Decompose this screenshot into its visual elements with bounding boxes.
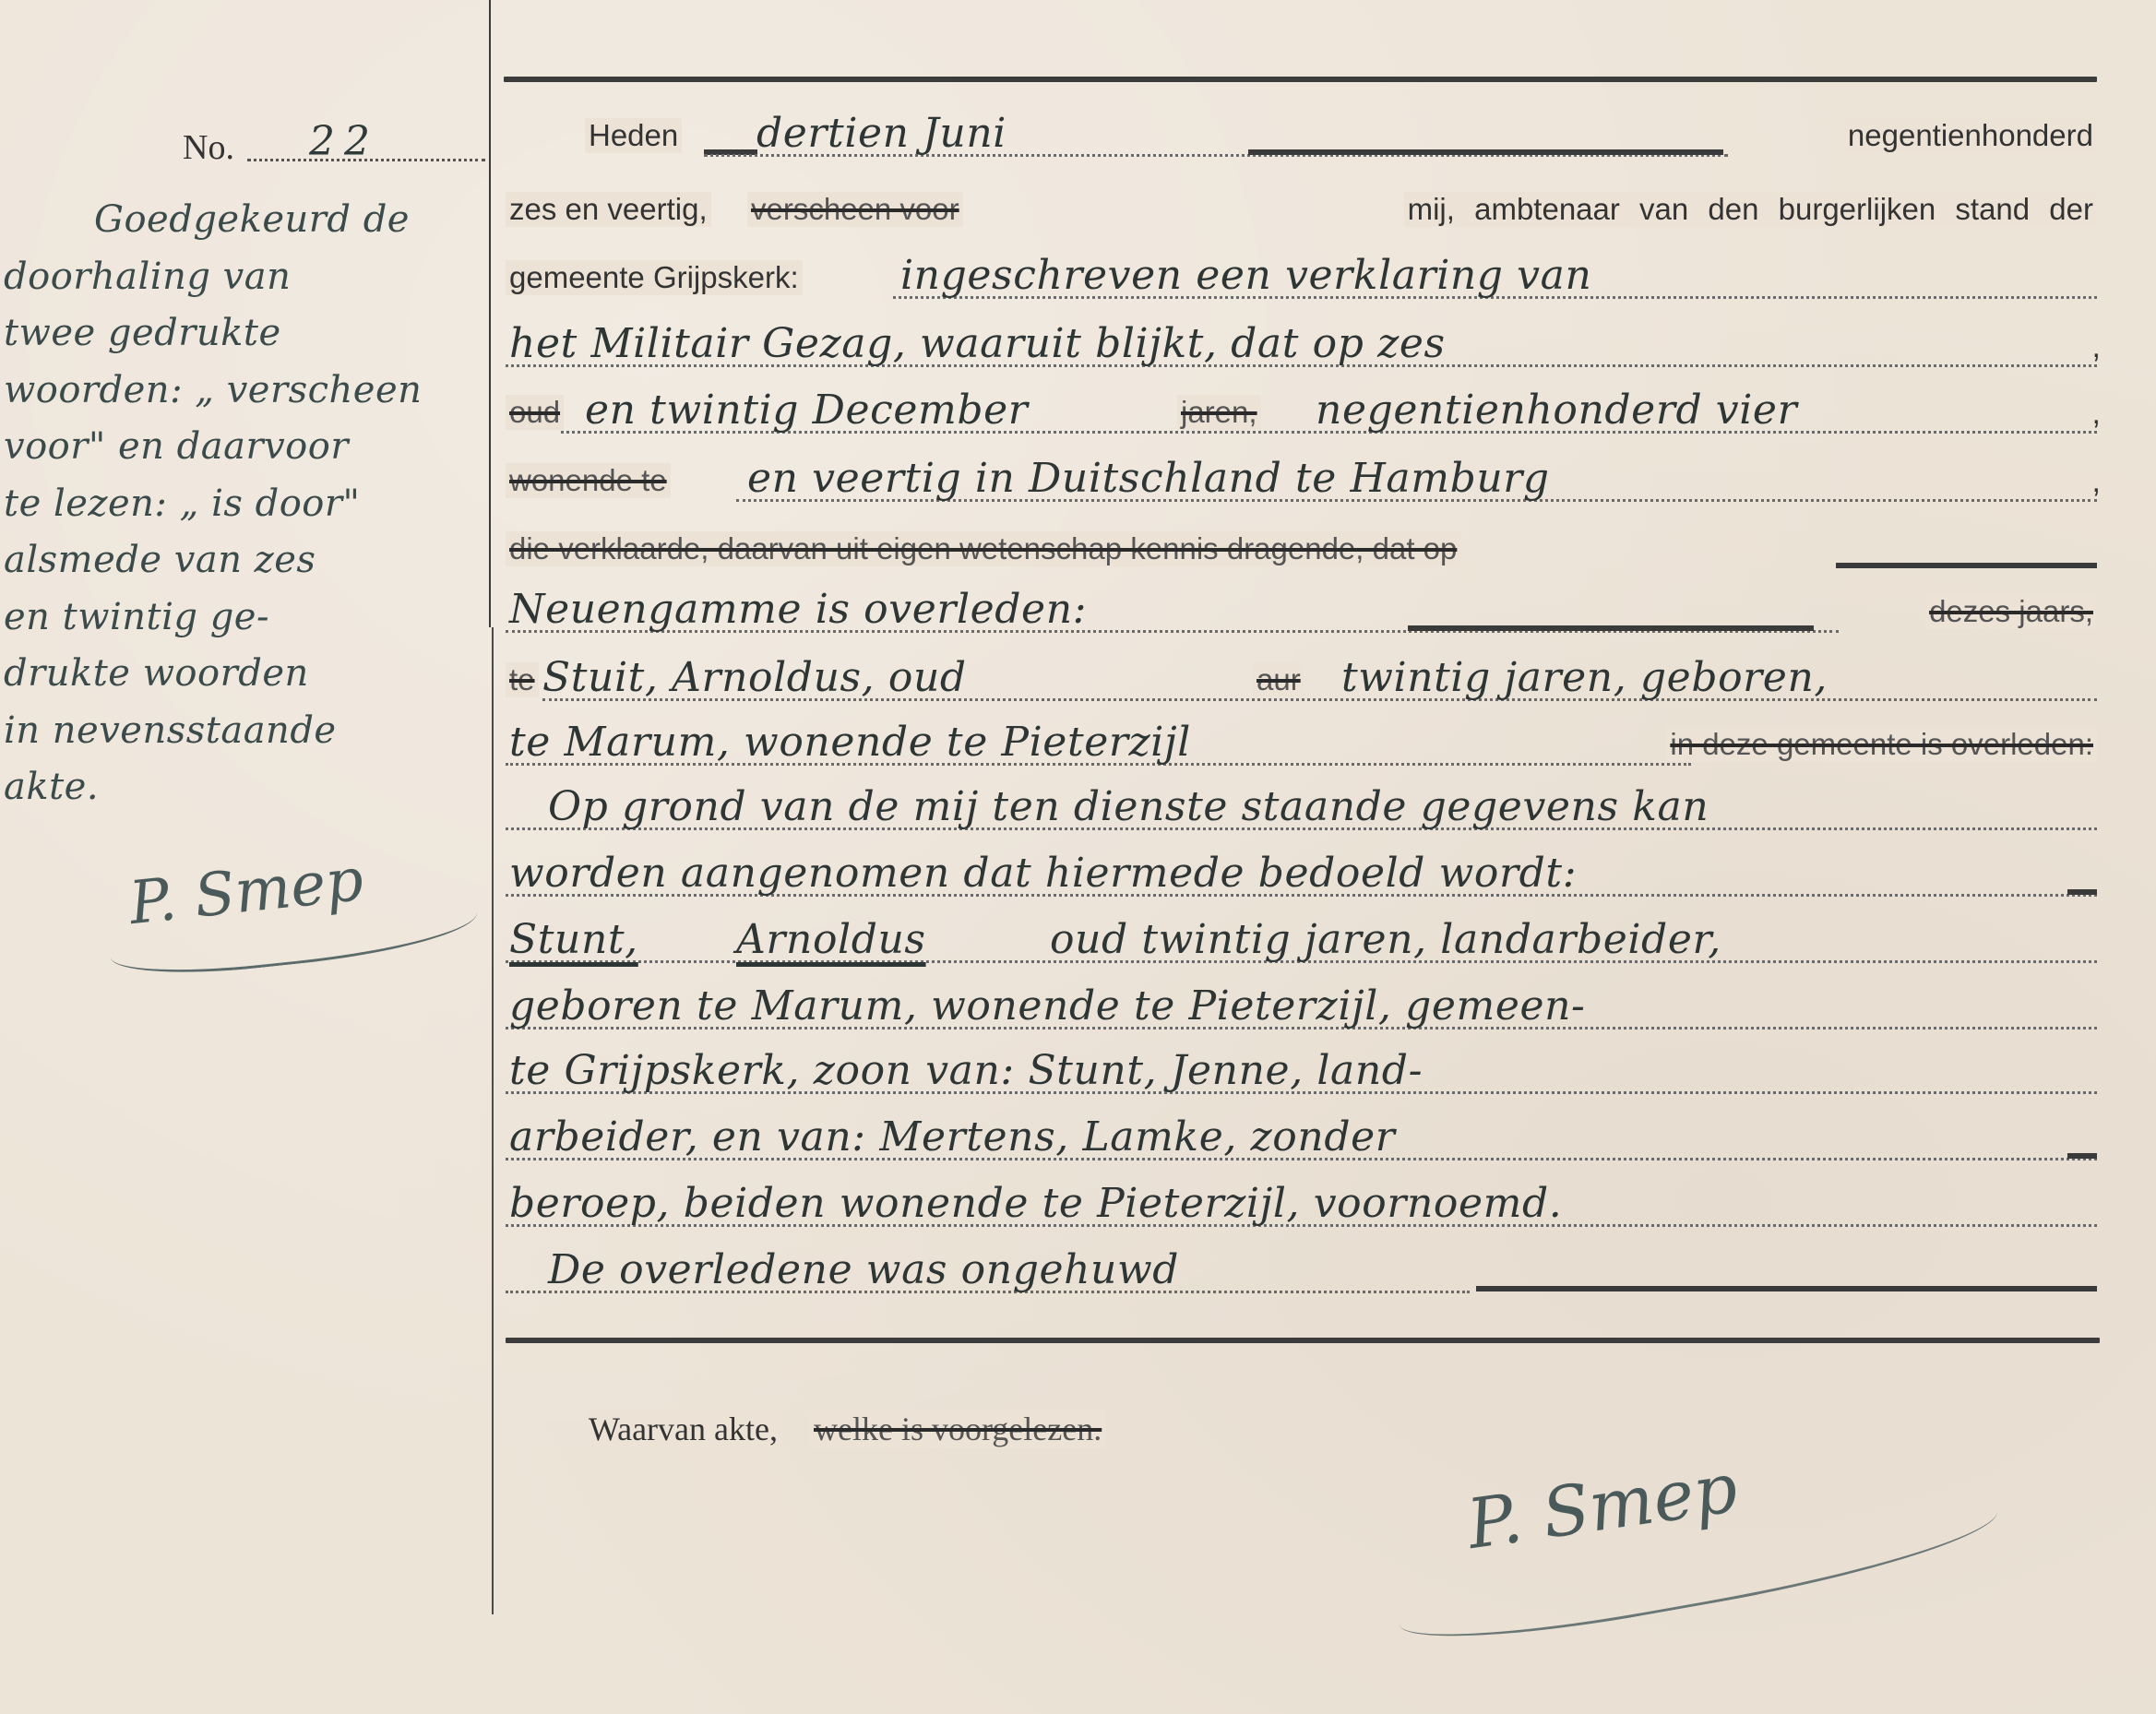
- handwritten-text: Stuit, Arnoldus, oud: [542, 654, 967, 701]
- form-line-4: het Militair Gezag, waaruit blijkt, dat …: [506, 317, 2097, 376]
- record-number-value: 22: [309, 118, 379, 165]
- form-line-18: De overledene was ongehuwd: [506, 1244, 2097, 1303]
- struck-verscheen-voor: verscheen voor: [747, 192, 963, 227]
- form-line-13: Stunt, Arnoldus oud twintig jaren, landa…: [506, 913, 2097, 972]
- fill-rule: [1836, 563, 2097, 568]
- handwritten-text: Neuengamme is overleden:: [509, 586, 1087, 633]
- form-line-8: Neuengamme is overleden: dezes jaars,: [506, 583, 2097, 642]
- form-line-3: gemeente Grijpskerk: ingeschreven een ve…: [506, 249, 2097, 308]
- printed-ambtenaar: mij, ambtenaar van den burgerlijken stan…: [1404, 192, 2097, 227]
- handwritten-text: De overledene was ongehuwd: [548, 1246, 1179, 1293]
- struck-oud: oud: [506, 395, 564, 430]
- printed-heden: Heden: [585, 118, 682, 153]
- margin-note-line: Goedgekeurd de: [4, 192, 483, 249]
- line-end-comma: ,: [2092, 464, 2101, 500]
- form-line-1: Heden dertien Juni negentienhonderd: [506, 107, 2097, 166]
- handwritten-text: Op grond van de mij ten dienste staande …: [548, 783, 1709, 830]
- margin-note-line: woorden: „ verscheen: [4, 363, 483, 420]
- closing-rule: [506, 1338, 2100, 1343]
- handwritten-text: het Militair Gezag, waaruit blijkt, dat …: [509, 320, 1446, 367]
- margin-note-line: en twintig ge-: [4, 589, 483, 647]
- form-line-6: wonende te en veertig in Duitschland te …: [506, 452, 2097, 511]
- margin-annotation: Goedgekeurd de doorhaling van twee gedru…: [4, 192, 483, 816]
- death-record-page: No. 22 Goedgekeurd de doorhaling van twe…: [0, 0, 2156, 1714]
- printed-zes-en-veertig: zes en veertig,: [506, 192, 711, 227]
- margin-note-line: alsmede van zes: [4, 532, 483, 589]
- fill-rule: [1248, 149, 1723, 155]
- margin-note-line: voor" en daarvoor: [4, 419, 483, 476]
- struck-te: te: [506, 662, 539, 697]
- form-line-2: zes en veertig, verscheen voor mij, ambt…: [506, 181, 2097, 240]
- form-line-11: Op grond van de mij ten dienste staande …: [506, 780, 2097, 839]
- form-line-16: arbeider, en van: Mertens, Lamke, zonder: [506, 1111, 2097, 1170]
- form-line-17: beroep, beiden wonende te Pieterzijl, vo…: [506, 1177, 2097, 1236]
- handwritten-text: beroep, beiden wonende te Pieterzijl, vo…: [509, 1180, 1562, 1227]
- margin-note-line: te lezen: „ is door": [4, 476, 483, 533]
- handwritten-text: ingeschreven een verklaring van: [900, 252, 1591, 299]
- margin-note-line: drukte woorden: [4, 646, 483, 703]
- fill-rule: [2067, 1153, 2097, 1159]
- struck-welke-is-voorgelezen: welke is voorgelezen.: [810, 1410, 1105, 1448]
- margin-note-line: doorhaling van: [4, 249, 483, 306]
- fill-rule: [1408, 625, 1814, 631]
- handwritten-text: arbeider, en van: Mertens, Lamke, zonder: [509, 1113, 1395, 1161]
- handwritten-text: te Marum, wonende te Pieterzijl: [509, 719, 1191, 766]
- form-line-7: die verklaarde, daarvan uit eigen wetens…: [506, 520, 2097, 579]
- line-end-comma: ,: [2092, 396, 2101, 432]
- handwritten-text: geboren te Marum, wonende te Pieterzijl,…: [509, 982, 1586, 1030]
- line-end-comma: ,: [2092, 329, 2101, 365]
- margin-note-line: akte.: [4, 759, 483, 816]
- margin-divider-lower: [492, 627, 494, 1614]
- printed-waarvan-akte: Waarvan akte,: [585, 1410, 781, 1448]
- struck-jaren: jaren,: [1177, 395, 1261, 430]
- struck-wonende-te: wonende te: [506, 463, 671, 498]
- struck-die-verklaarde: die verklaarde, daarvan uit eigen wetens…: [506, 531, 1460, 566]
- printed-negentienhonderd: negentienhonderd: [1844, 118, 2097, 153]
- closing-line: Waarvan akte, welke is voorgelezen.: [506, 1402, 1336, 1461]
- handwritten-date: dertien Juni: [756, 110, 1007, 157]
- margin-note-line: in nevensstaande: [4, 703, 483, 760]
- handwritten-text: en twintig December: [585, 387, 1028, 434]
- handwritten-text: negentienhonderd vier: [1316, 387, 1797, 434]
- struck-dezes-jaars: dezes jaars,: [1925, 594, 2097, 629]
- form-line-14: geboren te Marum, wonende te Pieterzijl,…: [506, 980, 2097, 1039]
- handwritten-text: oud twintig jaren, landarbeider,: [1050, 916, 1721, 963]
- struck-aur: aur: [1253, 662, 1304, 697]
- handwritten-text: te Grijpskerk, zoon van: Stunt, Jenne, l…: [509, 1047, 1423, 1094]
- margin-divider: [489, 0, 491, 627]
- form-line-10: te Marum, wonende te Pieterzijl in deze …: [506, 716, 2097, 775]
- handwritten-text: twintig jaren, geboren,: [1341, 654, 1828, 701]
- top-rule: [504, 77, 2097, 82]
- handwritten-text: worden aangenomen dat hiermede bedoeld w…: [509, 850, 1577, 897]
- record-number-label: No.: [183, 127, 234, 168]
- form-line-12: worden aangenomen dat hiermede bedoeld w…: [506, 847, 2097, 906]
- fill-rule: [2067, 889, 2097, 895]
- handwritten-firstname-underlined: Arnoldus: [736, 916, 926, 963]
- handwritten-text: en veertig in Duitschland te Hamburg: [747, 455, 1550, 502]
- printed-gemeente: gemeente Grijpskerk:: [506, 260, 803, 295]
- margin-note-line: twee gedrukte: [4, 305, 483, 363]
- form-line-5: oud en twintig December jaren, negentien…: [506, 384, 2097, 443]
- struck-in-deze-gemeente: in deze gemeente is overleden:: [1666, 727, 2097, 762]
- form-line-15: te Grijpskerk, zoon van: Stunt, Jenne, l…: [506, 1044, 2097, 1103]
- fill-rule: [1476, 1286, 2097, 1291]
- handwritten-surname-underlined: Stunt,: [509, 916, 638, 963]
- form-line-9: te Stuit, Arnoldus, oud aur twintig jare…: [506, 651, 2097, 710]
